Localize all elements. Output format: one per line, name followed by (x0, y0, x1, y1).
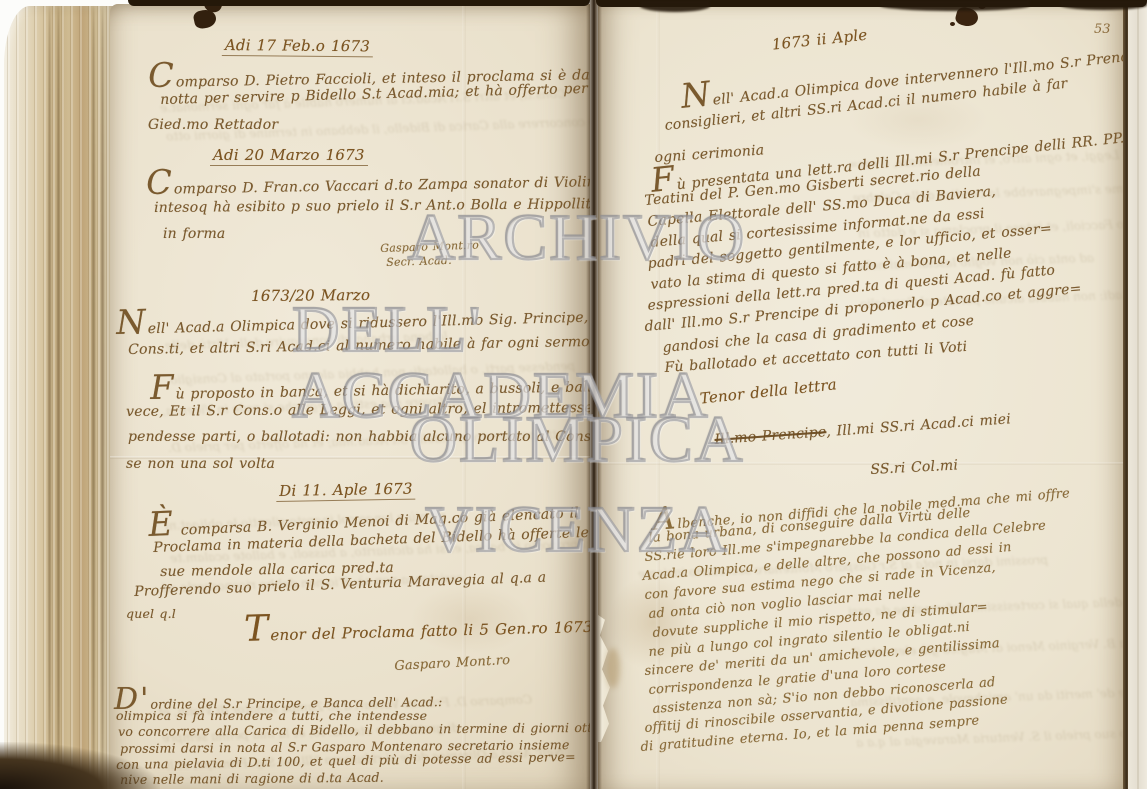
signature-line: Secr. Acad. (386, 254, 452, 269)
date-heading: Di 11. Aple 1673 (276, 480, 416, 502)
date-heading: Adi 20 Marzo 1673 (210, 146, 368, 166)
salutation-line: Ill.mo Prencipe, Ill.mi SS.ri Acad.ci mi… (714, 411, 1011, 448)
page-number: 53 (1094, 22, 1111, 37)
page-edge-streak (92, 6, 95, 789)
letter-heading: Tenor della lettra (696, 375, 841, 409)
manuscript-line: vece, Et il S.r Cons.o alle Leggi, et og… (126, 399, 590, 420)
manuscript-line: pendesse parti, o ballotadi: non habbia … (128, 429, 590, 445)
manuscript-line: vo concorrere alla Carica di Bidello, il… (118, 720, 590, 739)
book-page-edges-right (1128, 0, 1147, 789)
signature-line: Gasparo Mont.ro (394, 653, 511, 674)
top-shadow-band (128, 0, 590, 6)
corner-shadow (0, 742, 160, 789)
manuscript-line: in forma (163, 226, 225, 242)
ink-blot (950, 22, 955, 26)
page-edge-streak (101, 6, 104, 789)
paper-stain (606, 648, 620, 688)
top-shadow-band (880, 0, 1030, 11)
page-edge-streak (1137, 0, 1139, 789)
fold-crease (598, 462, 1123, 465)
top-shadow-band (1060, 0, 1147, 10)
book-page-edge-right (1123, 0, 1128, 789)
top-shadow-band (640, 0, 710, 12)
book-page-edges-left (4, 6, 116, 789)
manuscript-line: intesoq hà esibito p suo prielo il S.r A… (154, 196, 590, 216)
manuscript-line: quel q.l (126, 606, 176, 621)
date-heading: 1673 ii Aple (768, 25, 871, 55)
left-page: Cons.ti, et altri S.ri Acad.ci al numero… (110, 4, 590, 789)
struck-text: Ill.mo Prencipe (714, 424, 827, 448)
book-gutter-shadow (586, 0, 602, 789)
page-edge-streak (48, 6, 51, 789)
salutation-line: SS.ri Col.mi (870, 457, 958, 478)
page-edge-texture (4, 6, 116, 789)
date-heading: Adi 17 Feb.o 1673 (222, 36, 373, 57)
right-page: vece, Et il S.r Cons.o alle Leggi, et og… (598, 0, 1123, 789)
manuscript-line: Gied.mo Rettador (148, 117, 278, 133)
manuscript-scan: Cons.ti, et altri S.ri Acad.ci al numero… (0, 0, 1147, 789)
date-heading: 1673/20 Marzo (248, 286, 373, 306)
manuscript-line: se non una sol volta (126, 456, 275, 472)
salutation-text: , Ill.mi SS.ri Acad.ci miei (826, 411, 1012, 440)
page-edge-streak (57, 6, 60, 789)
manuscript-line: Comparso D. Fran.co Vaccari d.to Zampa s… (146, 166, 590, 198)
proclama-heading: Tenor del Proclama fatto li 5 Gen.ro 167… (241, 611, 590, 646)
